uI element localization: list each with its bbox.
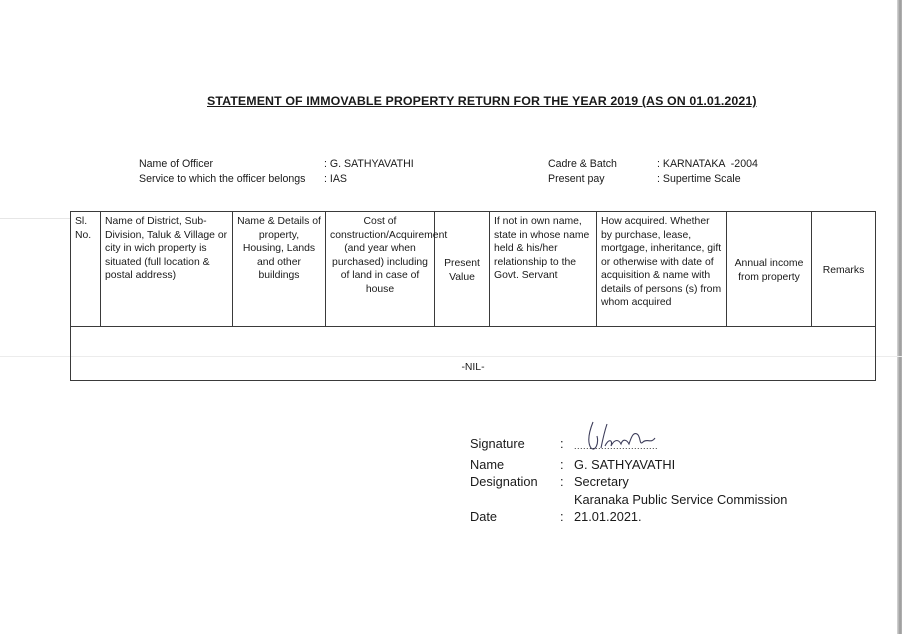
service-value: : IAS [324, 172, 347, 187]
col-header-whose-name: If not in own name, state in whose name … [490, 212, 597, 327]
empty-label [470, 491, 560, 509]
scan-artifact-line [0, 218, 70, 219]
scan-edge [897, 0, 902, 634]
nil-entry: -NIL- [71, 327, 876, 381]
officer-name-label: Name of Officer [139, 157, 324, 172]
cadre-batch-value: : KARNATAKA -2004 [657, 157, 758, 172]
document-title: STATEMENT OF IMMOVABLE PROPERTY RETURN F… [207, 94, 767, 108]
signature-line: ............................ [574, 435, 658, 456]
colon: : [560, 473, 574, 491]
service-label: Service to which the officer belongs [139, 172, 324, 187]
designation-label: Designation [470, 473, 560, 491]
colon [560, 491, 574, 509]
organization-value: Karanaka Public Service Commission [574, 491, 787, 509]
table-header-row: Sl. No. Name of District, Sub-Division, … [71, 212, 876, 327]
col-header-sl-no: Sl. No. [71, 212, 101, 327]
col-header-location: Name of District, Sub-Division, Taluk & … [101, 212, 233, 327]
name-value: G. SATHYAVATHI [574, 456, 675, 474]
cadre-batch-label: Cadre & Batch [548, 157, 657, 172]
present-pay-value: : Supertime Scale [657, 172, 741, 187]
officer-name-value: : G. SATHYAVATHI [324, 157, 414, 172]
col-header-how-acquired: How acquired. Whether by purchase, lease… [597, 212, 727, 327]
date-label: Date [470, 508, 560, 526]
name-label: Name [470, 456, 560, 474]
property-table: Sl. No. Name of District, Sub-Division, … [70, 211, 876, 381]
signature-block: Signature:............................ N… [470, 435, 787, 526]
date-value: 21.01.2021. [574, 508, 642, 526]
officer-info-right: Cadre & Batch: KARNATAKA -2004 Present p… [548, 157, 758, 187]
colon: : [560, 508, 574, 526]
col-header-annual-income: Annual income from property [727, 212, 812, 327]
col-header-cost: Cost of construction/Acquirement (and ye… [326, 212, 435, 327]
officer-info-left: Name of Officer: G. SATHYAVATHI Service … [139, 157, 414, 187]
designation-value: Secretary [574, 473, 629, 491]
table-row: -NIL- [71, 327, 876, 381]
col-header-present-value: Present Value [435, 212, 490, 327]
col-header-property-details: Name & Details of property, Housing, Lan… [233, 212, 326, 327]
colon: : [560, 456, 574, 474]
present-pay-label: Present pay [548, 172, 657, 187]
col-header-remarks: Remarks [812, 212, 876, 327]
signature-label: Signature [470, 435, 560, 456]
colon: : [560, 435, 574, 456]
